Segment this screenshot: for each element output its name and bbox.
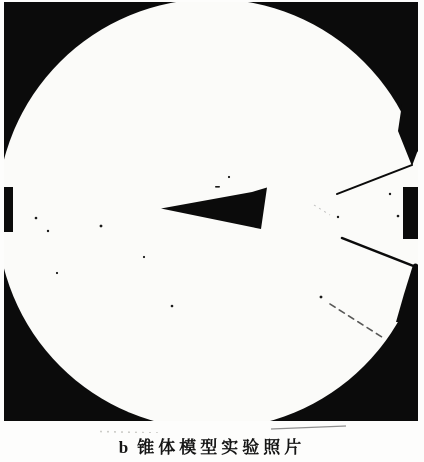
- right-window-edge-mount: [403, 187, 419, 239]
- shock-junction-blob: [413, 264, 419, 270]
- caption-index-label: b: [119, 438, 128, 457]
- left-window-edge-mount: [4, 187, 13, 232]
- caption-title: 锥体模型实验照片: [137, 438, 305, 457]
- figure-caption: b锥体模型实验照片: [0, 433, 424, 458]
- scan-artifact-line: [271, 426, 346, 429]
- shadowgraph-photo: [0, 0, 424, 433]
- figure-cone-model-photo: b锥体模型实验照片: [0, 0, 424, 462]
